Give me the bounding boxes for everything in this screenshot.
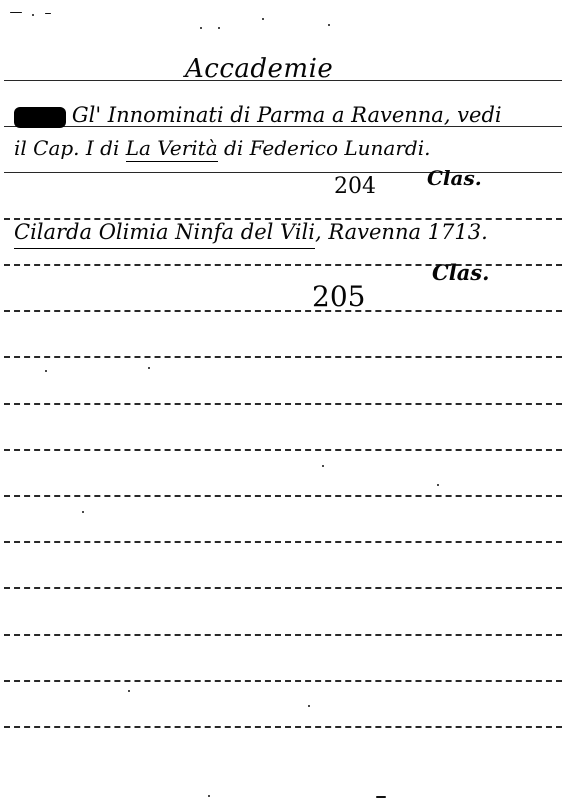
ruled-line xyxy=(4,495,562,497)
scan-speck xyxy=(200,27,202,29)
entry-1-text-cont: il Cap. I di xyxy=(14,136,126,160)
entry-2-name: Cilarda Olimia Ninfa del Vili xyxy=(14,220,315,249)
scan-speck xyxy=(208,795,210,797)
entry-1-author: di Federico Lunardi. xyxy=(218,136,431,160)
ruled-line xyxy=(4,356,562,358)
ruled-line xyxy=(4,310,562,312)
scan-speck xyxy=(376,796,386,798)
struck-out-word: Vedi xyxy=(14,107,66,128)
scan-speck xyxy=(328,24,330,26)
ruled-line xyxy=(4,541,562,543)
index-card: Accademie VediGl' Innominati di Parma a … xyxy=(0,0,566,800)
scan-speck xyxy=(262,18,264,20)
scan-speck xyxy=(32,14,34,16)
entry-1-number: 204 xyxy=(334,176,376,198)
entry-1-line-2: il Cap. I di La Verità di Federico Lunar… xyxy=(14,138,430,158)
scan-speck xyxy=(218,27,220,29)
entry-2-place-year: , Ravenna 1713. xyxy=(315,220,488,244)
ruled-line xyxy=(4,726,562,728)
entry-1-line-1: VediGl' Innominati di Parma a Ravenna, v… xyxy=(14,105,502,126)
scan-speck xyxy=(128,690,130,692)
scan-speck xyxy=(82,511,84,513)
scan-speck xyxy=(148,367,150,369)
entry-1-text: Gl' Innominati di Parma a Ravenna, vedi xyxy=(72,103,502,127)
entry-2-class-label: Clas. xyxy=(432,262,489,283)
ruled-line xyxy=(4,587,562,589)
entry-1-class-label: Clas. xyxy=(427,168,482,188)
scan-speck xyxy=(10,12,22,13)
entry-1-work-title: La Verità xyxy=(126,136,218,162)
ruled-line xyxy=(4,634,562,636)
scan-speck xyxy=(308,705,310,707)
entry-2-number: 205 xyxy=(312,283,365,311)
ruled-line xyxy=(4,403,562,405)
entry-2-line: Cilarda Olimia Ninfa del Vili, Ravenna 1… xyxy=(14,222,488,243)
card-heading: Accademie xyxy=(185,56,333,82)
scan-speck xyxy=(45,370,47,372)
ruled-line xyxy=(4,680,562,682)
scan-speck xyxy=(437,484,439,486)
ruled-line xyxy=(4,449,562,451)
scan-speck xyxy=(322,465,324,467)
scan-speck xyxy=(45,13,51,14)
